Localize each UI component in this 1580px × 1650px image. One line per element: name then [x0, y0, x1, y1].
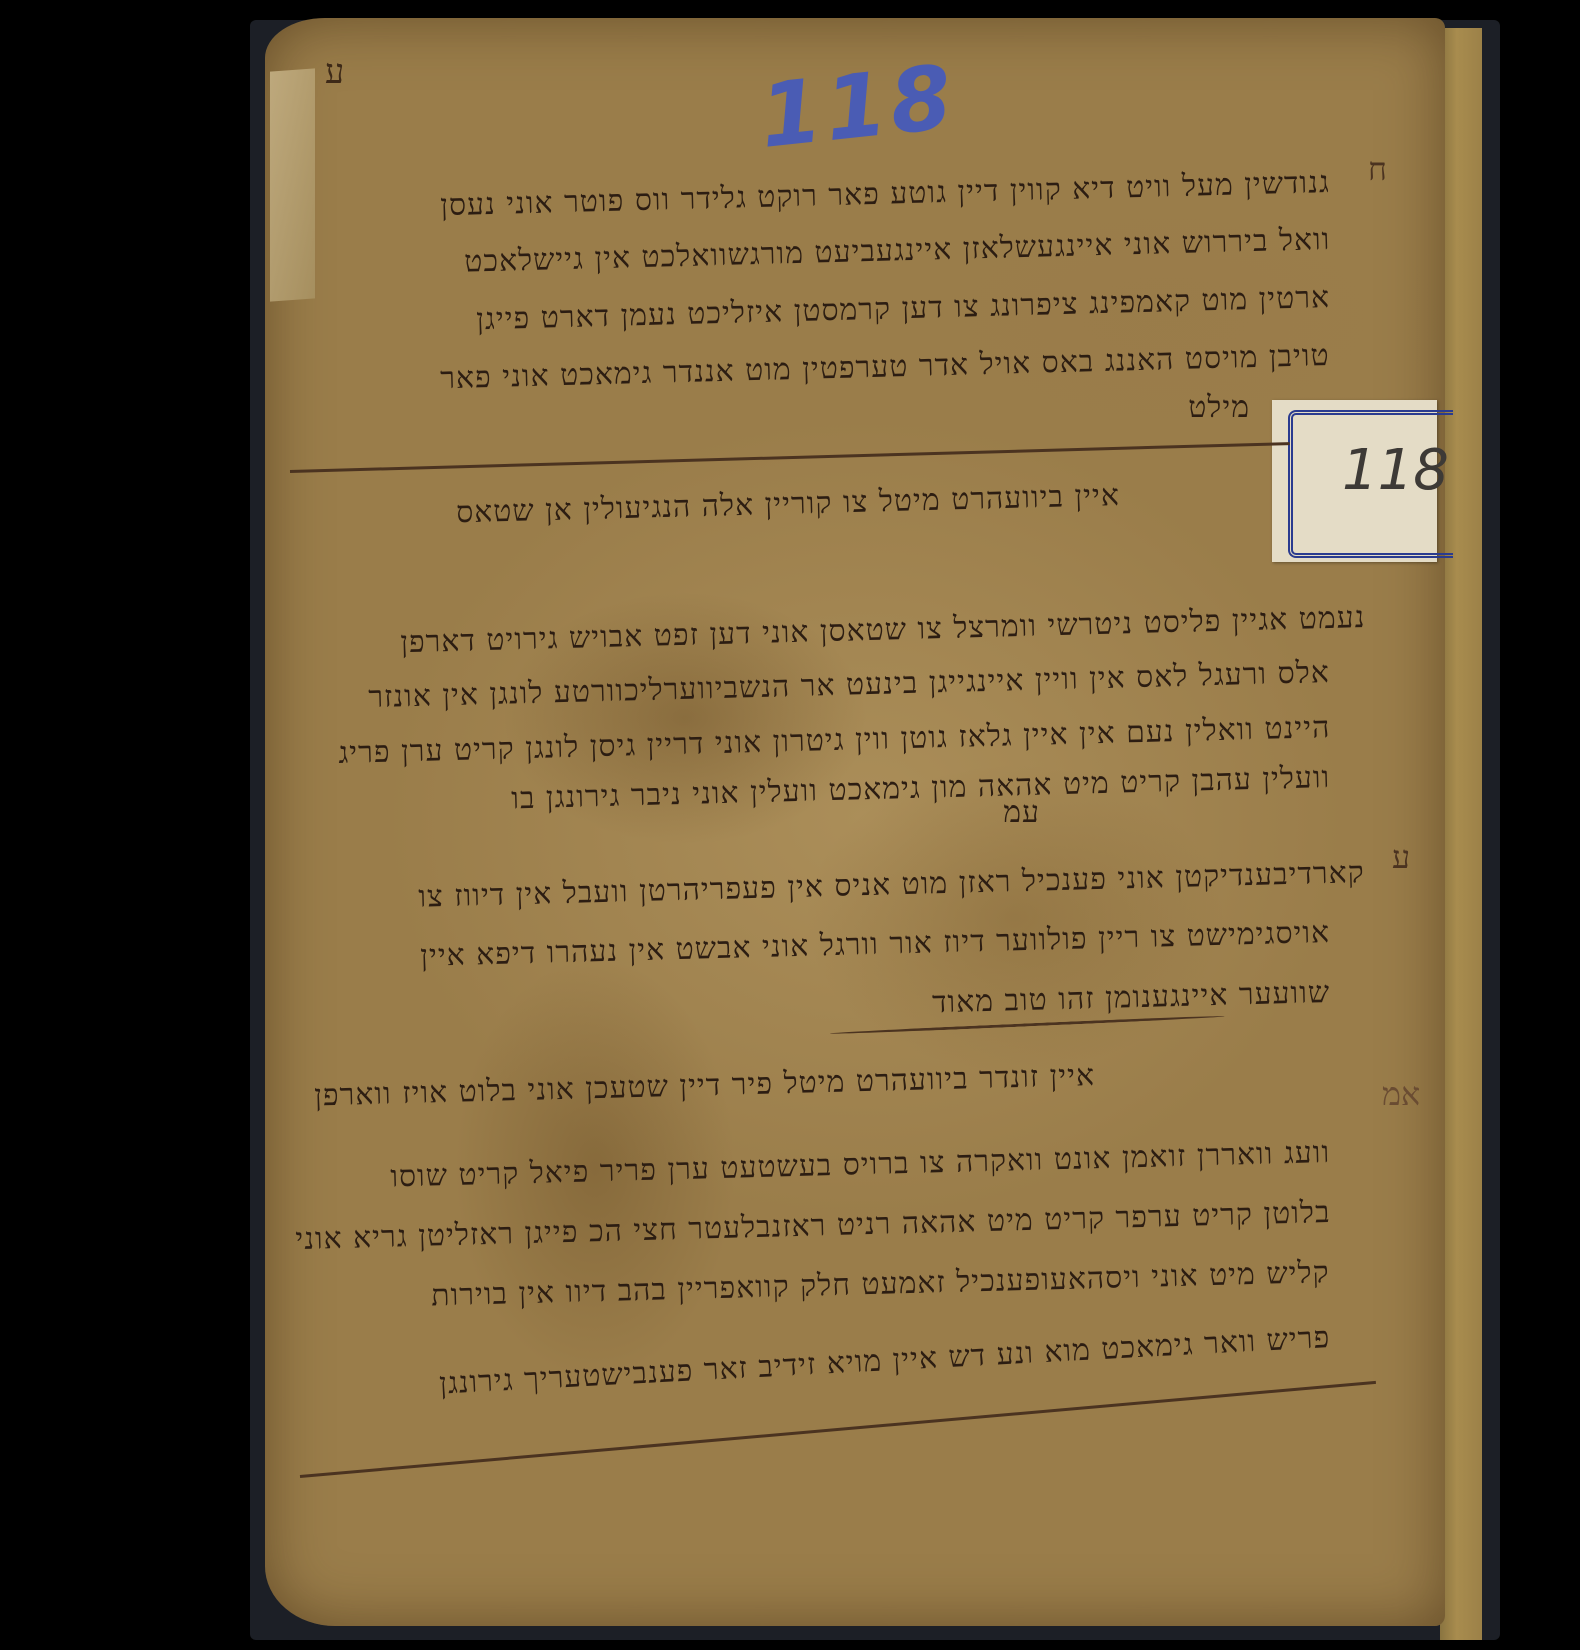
page-edges	[1440, 28, 1482, 1640]
folio-number: 118	[755, 45, 960, 168]
torn-corner	[270, 68, 315, 301]
margin-mark: ע	[1392, 838, 1410, 876]
margin-mark: אמ	[1382, 1075, 1420, 1113]
margin-mark: ח	[1368, 150, 1387, 188]
text-line: מילט	[1188, 390, 1250, 425]
section-closing: עמ	[1003, 795, 1040, 830]
library-label: 118	[1272, 400, 1437, 562]
corner-mark: ע	[325, 52, 344, 92]
label-number: 118	[1342, 438, 1449, 503]
